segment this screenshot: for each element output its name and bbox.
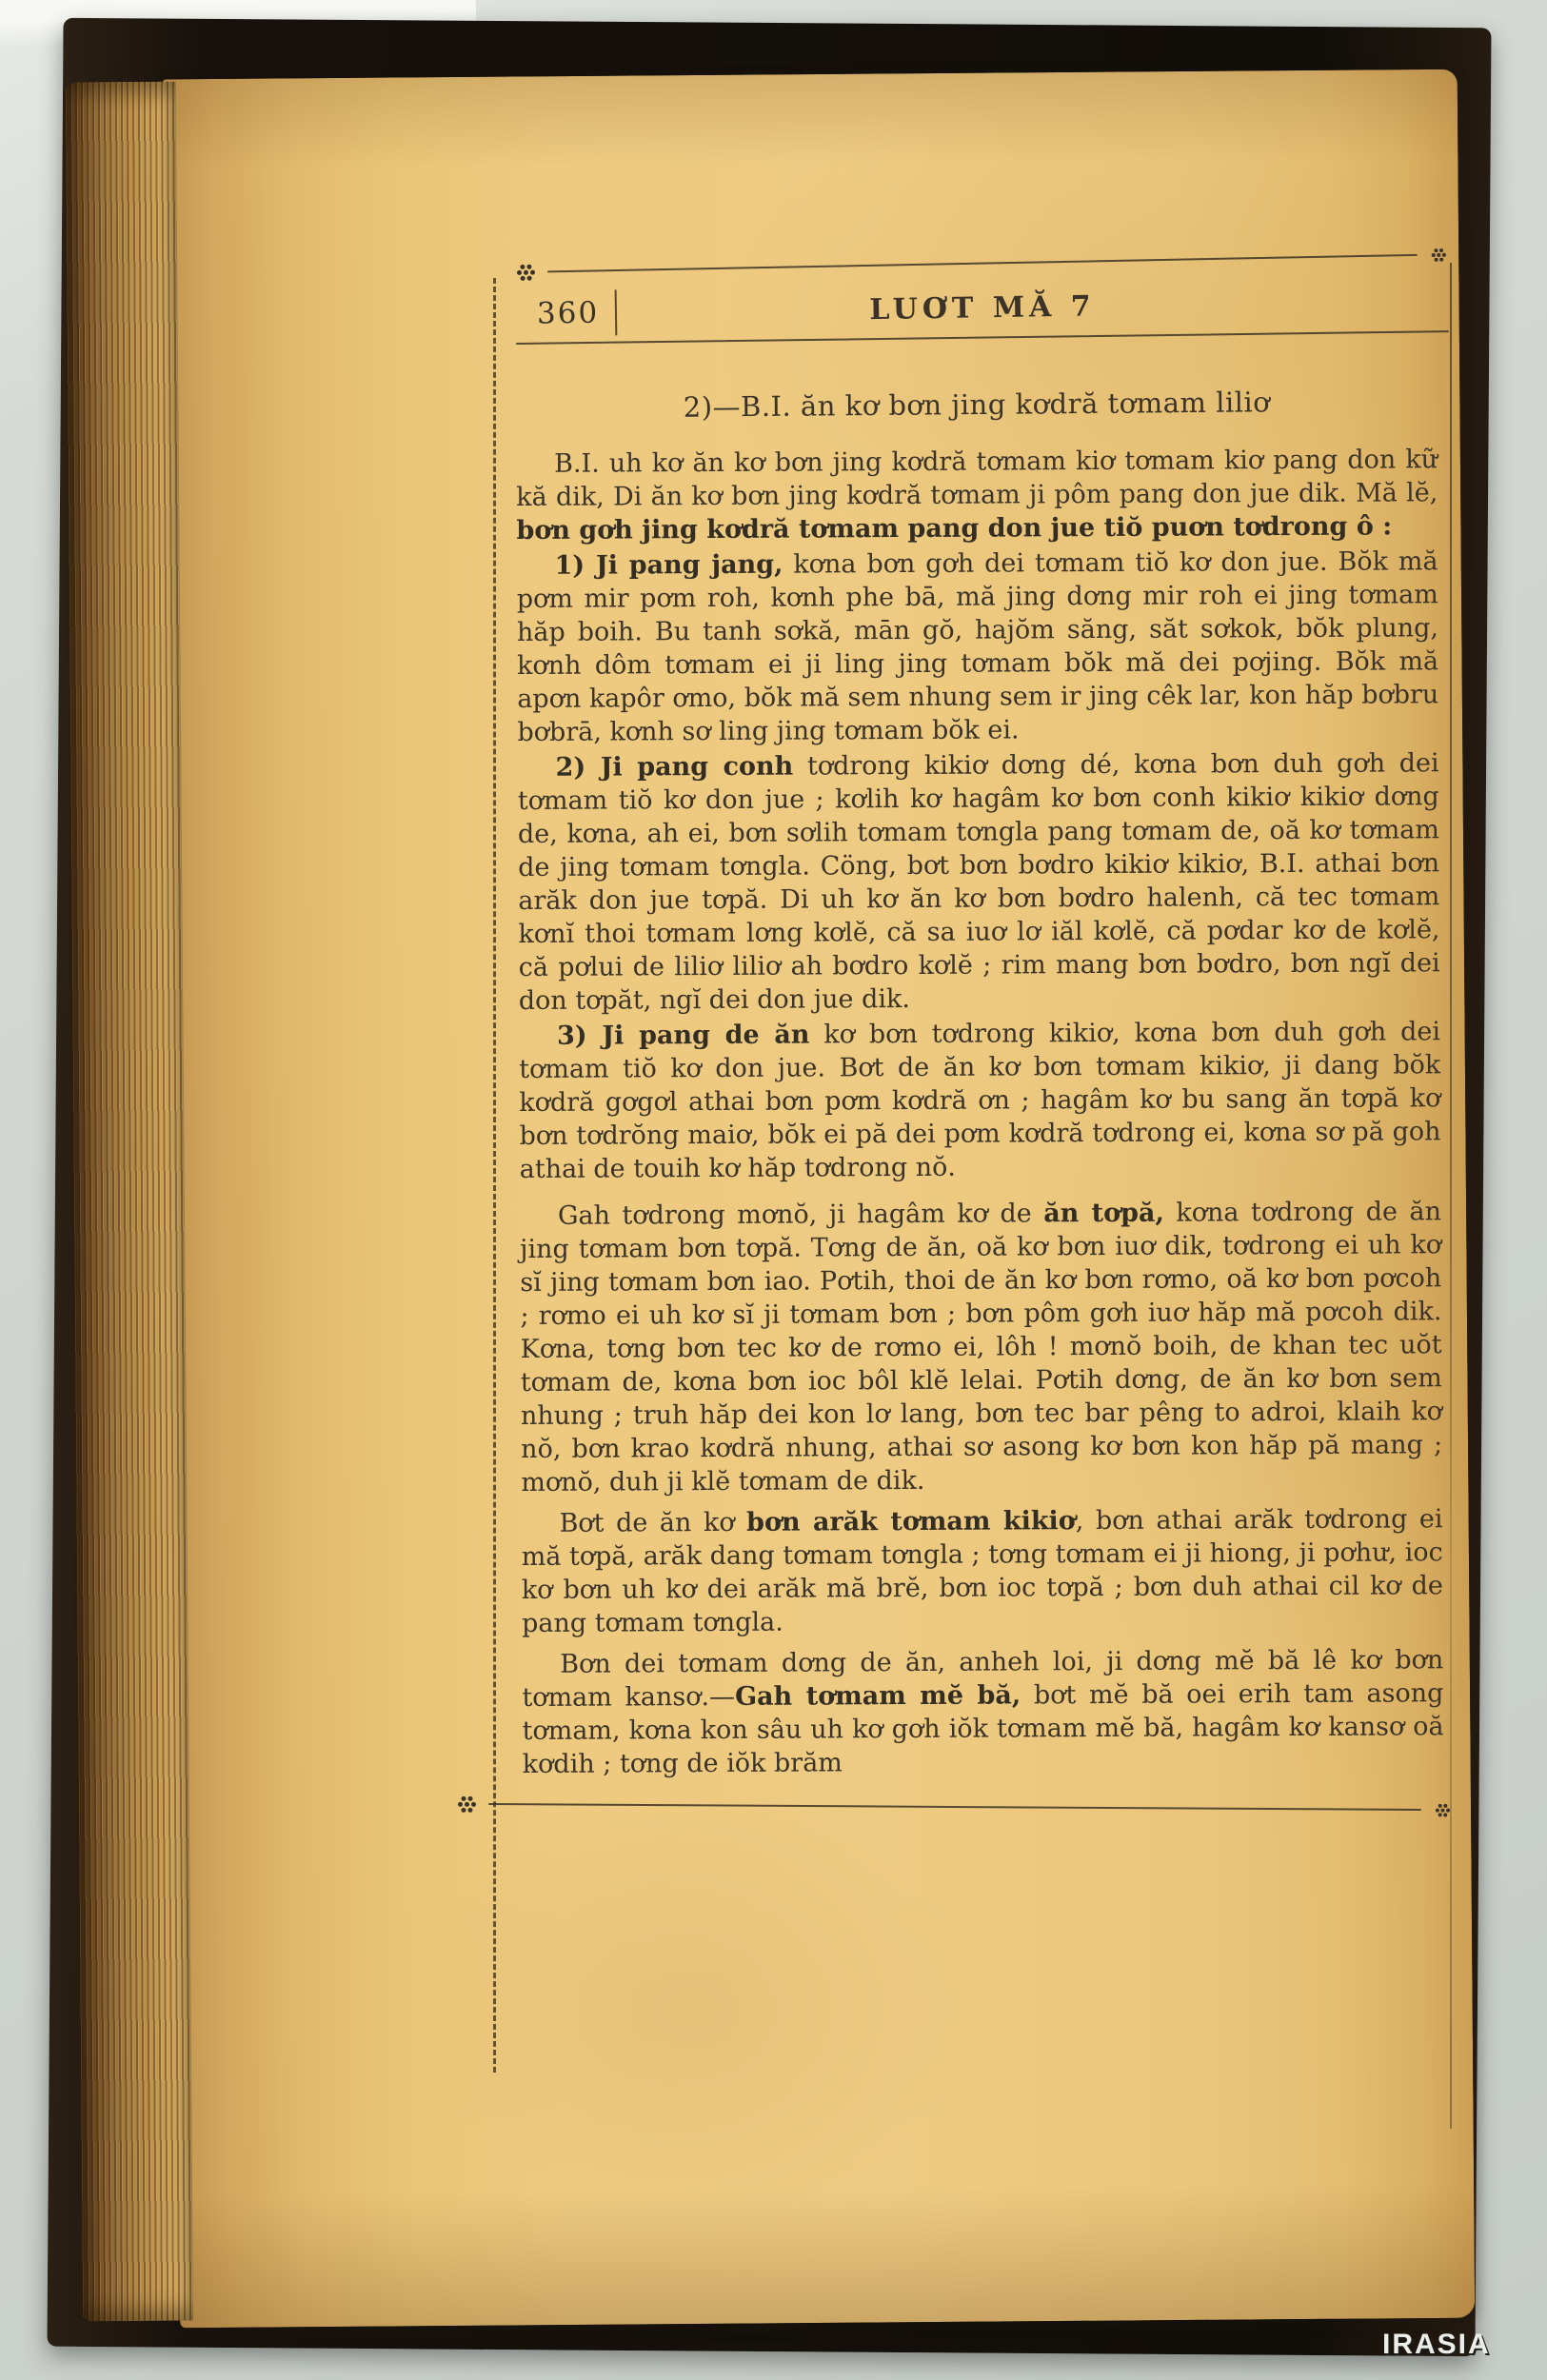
text-run: Gah tơdrong mơnŏ, ji hagâm kơ de [558, 1199, 1043, 1230]
paragraph: Bơt de ăn kơ bơn arăk tơmam kikiơ, bơn a… [521, 1502, 1443, 1640]
header-divider-bar [615, 289, 618, 335]
bold-text-run: Gah tơmam mĕ bă, [735, 1680, 1021, 1711]
scanned-book-photo: 360 LUƠT MĂ 7 2)—B.I. ăn kơ bơn jing kơd… [0, 0, 1547, 2380]
paragraphs: B.I. uh kơ ăn kơ bơn jing kơdră tơmam ki… [516, 443, 1456, 1781]
bold-text-run: 1) Ji pang jang, [555, 550, 783, 581]
bold-text-run: bơn arăk tơmam kikiơ [746, 1506, 1076, 1537]
paragraph: 3) Ji pang de ăn kơ bơn tơdrong kikiơ, k… [519, 1015, 1441, 1186]
ornament-rule-line [488, 1803, 1421, 1811]
bottom-ornament-rule [457, 1794, 1453, 1820]
text-run: B.I. uh kơ ăn kơ bơn jing kơdră tơmam ki… [516, 445, 1438, 512]
text-run: kơna tơdrong de ăn jing tơmam bơn tơpă. … [520, 1197, 1442, 1497]
ornament-rule-line [547, 254, 1418, 273]
page-number: 360 [537, 296, 600, 331]
printer-floret-icon [1437, 252, 1440, 256]
printer-floret-icon [1440, 1808, 1444, 1812]
printer-floret-icon [465, 1801, 469, 1806]
page-edges-stack [64, 82, 193, 2322]
paragraph: Bơn dei tơmam dơng de ăn, anheh loi, ji … [522, 1643, 1444, 1781]
text-block: 360 LUƠT MĂ 7 2)—B.I. ăn kơ bơn jing kơd… [516, 249, 1449, 1817]
bold-text-run: 2) Ji pang conh [556, 752, 794, 783]
paragraph: 2) Ji pang conh tơdrong kikiơ dơng dé, k… [518, 746, 1440, 1018]
watermark: IRASIA [1382, 2329, 1491, 2361]
paragraph: B.I. uh kơ ăn kơ bơn jing kơdră tơmam ki… [516, 443, 1438, 547]
bold-text-run: 3) Ji pang de ăn [557, 1020, 810, 1050]
paragraph: Gah tơdrong mơnŏ, ji hagâm kơ de ăn tơpă… [520, 1195, 1443, 1499]
text-run: tơdrong kikiơ dơng dé, kơna bơn duh gơh … [518, 748, 1440, 1016]
bold-text-run: bơn gơh jing kơdră tơmam pang don jue ti… [516, 512, 1392, 545]
paragraph: 1) Ji pang jang, kơna bơn gơh dei tơmam … [517, 545, 1439, 749]
running-title: LUƠT MĂ 7 [869, 289, 1096, 327]
section-heading: 2)—B.I. ăn kơ bơn jing kơdră tơmam liliơ [516, 385, 1438, 425]
bold-text-run: ăn tơpă, [1043, 1199, 1164, 1229]
printer-floret-icon [524, 269, 528, 274]
text-run: Bơt de ăn kơ [559, 1508, 746, 1538]
